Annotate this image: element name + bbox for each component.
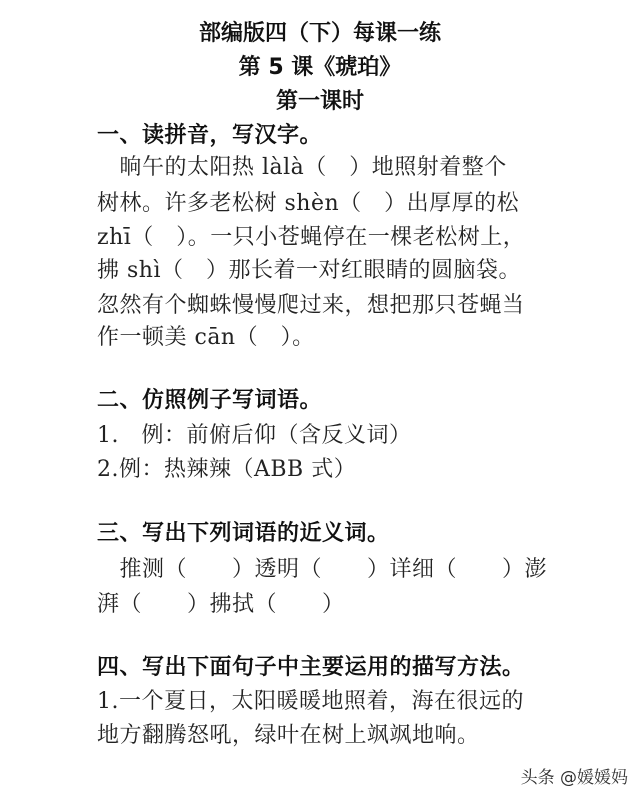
section-1-heading: 一、读拼音，写汉字。: [97, 118, 322, 149]
worksheet-title: 部编版四（下）每课一练: [0, 16, 640, 47]
section-2-line: 2.例：热辣辣（ABB 式）: [97, 452, 356, 483]
section-1-line: 拂 shì（ ）那长着一对红眼睛的圆脑袋。: [97, 253, 521, 284]
section-2-heading: 二、仿照例子写词语。: [97, 383, 322, 414]
period-title: 第一课时: [0, 84, 640, 115]
section-3-heading: 三、写出下列词语的近义词。: [97, 516, 390, 547]
section-3-line: 湃（ ）拂拭（ ）: [97, 587, 345, 618]
section-4-line: 1.一个夏日，太阳暖暖地照着，海在很远的: [97, 684, 524, 715]
section-4-line: 地方翻腾怒吼，绿叶在树上飒飒地响。: [97, 718, 480, 749]
section-3-line: 推测（ ）透明（ ）详细（ ）澎: [97, 552, 547, 583]
section-4-heading: 四、写出下面句子中主要运用的描写方法。: [97, 650, 525, 681]
section-1-line: 树林。许多老松树 shèn（ ）出厚厚的松: [97, 186, 519, 217]
section-1-line: 晌午的太阳热 làlà（ ）地照射着整个: [97, 150, 507, 181]
watermark: 头条 @媛媛妈: [521, 763, 628, 788]
section-2-line: 1. 例：前俯后仰（含反义词）: [97, 418, 412, 449]
section-1-line: 忽然有个蜘蛛慢慢爬过来，想把那只苍蝇当: [97, 288, 525, 319]
section-1-line: zhī（ ）。一只小苍蝇停在一棵老松树上，: [97, 220, 525, 251]
section-1-line: 作一顿美 cān（ ）。: [97, 320, 315, 351]
lesson-title: 第 5 课《琥珀》: [0, 50, 640, 81]
